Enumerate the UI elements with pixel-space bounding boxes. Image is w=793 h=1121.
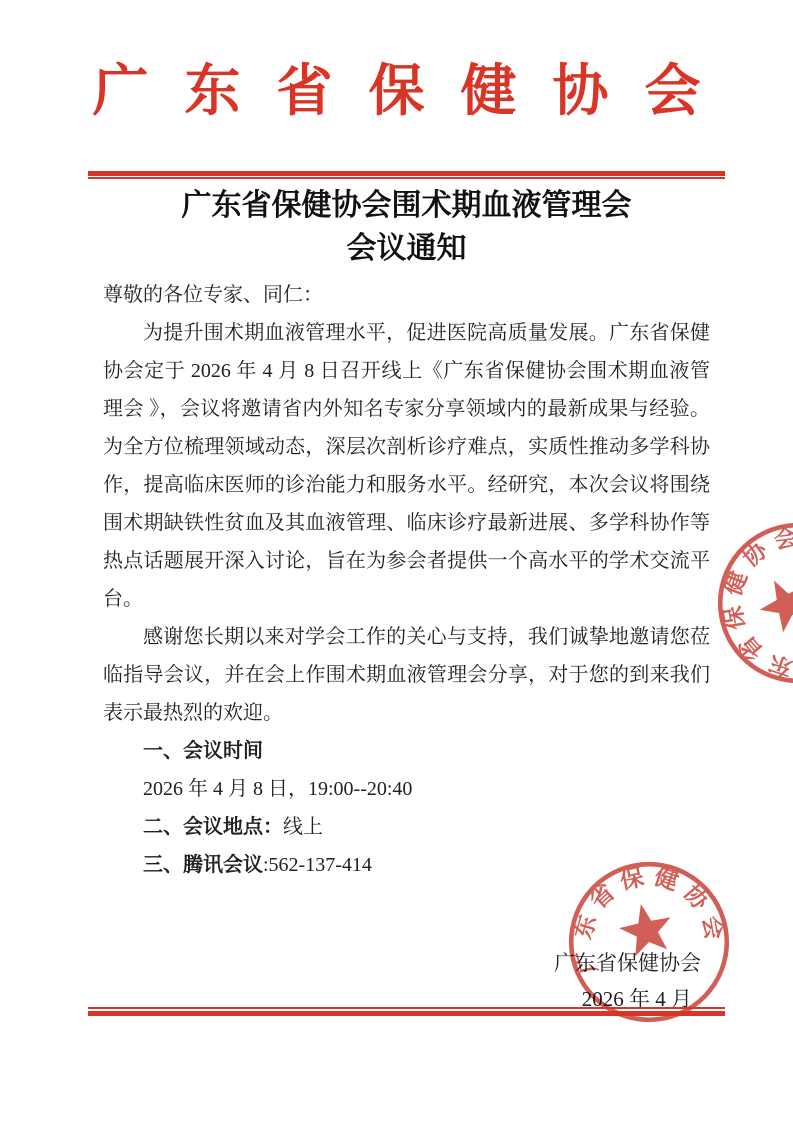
document-title-line1: 广东省保健协会围术期血液管理会 — [103, 184, 710, 227]
meeting-id-value: :562-137-414 — [263, 854, 372, 876]
salutation: 尊敬的各位专家、同仁： — [103, 276, 710, 314]
meeting-time-heading: 一、会议时间 — [103, 732, 710, 770]
notice-page: 广东省保健协会 广东省保健协会围术期血液管理会 会议通知 尊敬的各位专家、同仁：… — [0, 0, 793, 1121]
meeting-datetime: 2026 年 4 月 8 日，19:00--20:40 — [143, 778, 412, 800]
letterhead-org-name-text: 广东省保健协会 — [93, 61, 737, 123]
document-title-line2: 会议通知 — [103, 227, 710, 270]
letterhead-divider-thick-line — [88, 171, 725, 176]
meeting-location-label: 二、会议地点： — [143, 816, 283, 838]
paragraph-invitation: 感谢您长期以来对学会工作的关心与支持，我们诚挚地邀请您莅临指导会议，并在会上作围… — [103, 618, 710, 732]
seal-star-icon — [615, 898, 677, 958]
letterhead-divider-thin-line — [88, 177, 725, 179]
seal-star-icon — [755, 575, 793, 635]
official-seal-partial: 广东省保健协会 — [697, 502, 793, 704]
document-body: 广东省保健协会围术期血液管理会 会议通知 尊敬的各位专家、同仁： 为提升围术期血… — [103, 184, 710, 884]
letterhead-org-name: 广东省保健协会 — [0, 62, 793, 122]
footer-divider — [88, 1007, 725, 1016]
footer-divider-thick-line — [88, 1011, 725, 1016]
paragraph-introduction: 为提升围术期血液管理水平，促进医院高质量发展。广东省保健协会定于 2026 年 … — [103, 314, 710, 618]
meeting-time-label: 一、会议时间 — [143, 740, 263, 762]
meeting-platform-label: 三、腾讯会议 — [143, 854, 263, 876]
meeting-location-line: 二、会议地点：线上 — [103, 808, 710, 846]
meeting-location-value: 线上 — [283, 816, 323, 838]
letterhead-divider — [88, 171, 725, 179]
footer-divider-thin-line — [88, 1007, 725, 1009]
meeting-time-value: 2026 年 4 月 8 日，19:00--20:40 — [103, 770, 710, 808]
